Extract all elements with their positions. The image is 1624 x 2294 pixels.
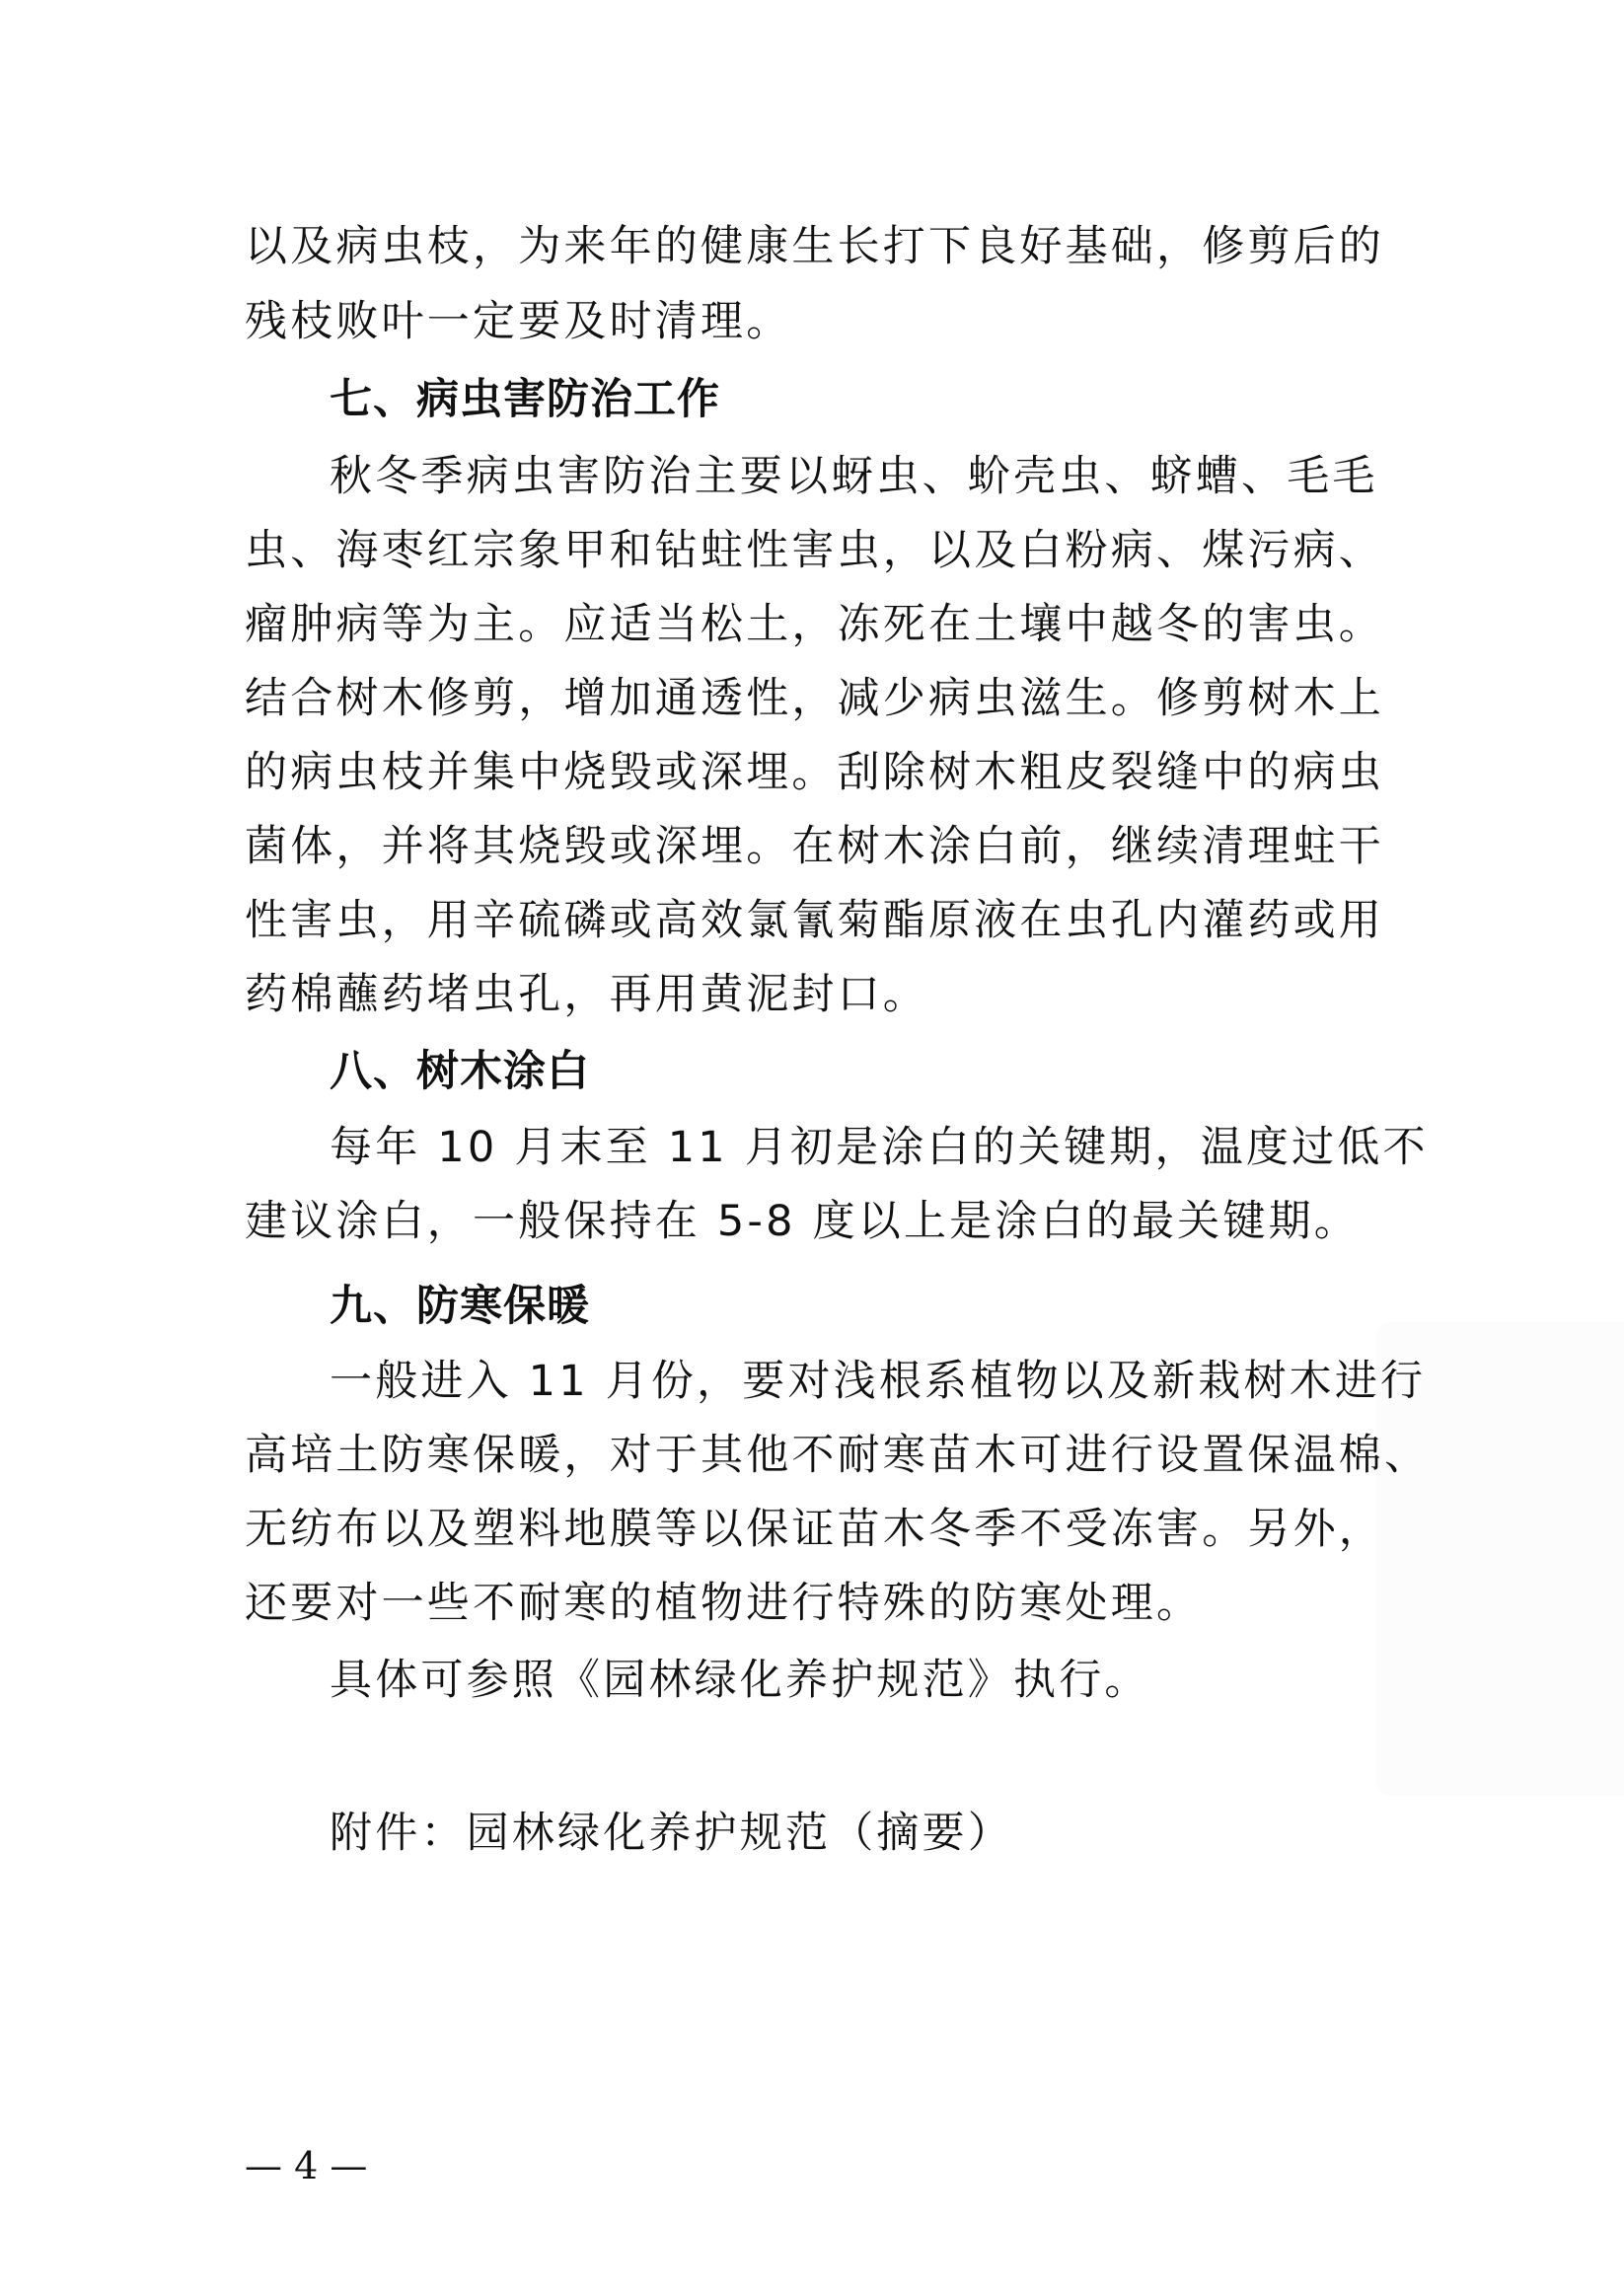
pest-control-line-2: 虫、海枣红宗象甲和钻蛀性害虫，以及白粉病、煤污病、 xyxy=(245,523,1384,578)
intro-line-1: 以及病虫枝，为来年的健康生长打下良好基础，修剪后的 xyxy=(245,219,1384,274)
section-heading-pest-control: 七、病虫害防治工作 xyxy=(330,372,720,427)
cold-protection-line-3: 无纺布以及塑料地膜等以保证苗木冬季不受冻害。另外， xyxy=(245,1502,1384,1557)
pest-control-line-1: 秋冬季病虫害防治主要以蚜虫、蚧壳虫、蛴螬、毛毛 xyxy=(330,449,1378,504)
pest-control-line-8: 药棉蘸药堵虫孔，再用黄泥封口。 xyxy=(245,967,928,1022)
document-page: 以及病虫枝，为来年的健康生长打下良好基础，修剪后的 残枝败叶一定要及时清理。 七… xyxy=(0,0,1624,2294)
section-heading-whitewashing: 八、树木涂白 xyxy=(330,1044,590,1099)
whitewashing-line-2: 建议涂白，一般保持在 5-8 度以上是涂白的最关键期。 xyxy=(245,1194,1360,1249)
whitewashing-line-1: 每年 10 月末至 11 月初是涂白的关键期，温度过低不 xyxy=(330,1120,1429,1175)
cold-protection-line-4: 还要对一些不耐寒的植物进行特殊的防寒处理。 xyxy=(245,1576,1202,1631)
section-heading-cold-protection: 九、防寒保暖 xyxy=(330,1279,590,1334)
cold-protection-line-2: 高培土防寒保暖，对于其他不耐寒苗木可进行设置保温棉、 xyxy=(245,1428,1430,1483)
pest-control-line-6: 菌体，并将其烧毁或深埋。在树木涂白前，继续清理蛀干 xyxy=(245,819,1384,874)
pest-control-line-7: 性害虫，用辛硫磷或高效氯氰菊酯原液在虫孔内灌药或用 xyxy=(245,893,1384,948)
page-number: — 4 — xyxy=(245,2143,367,2188)
pest-control-line-4: 结合树木修剪，增加通透性，减少病虫滋生。修剪树木上 xyxy=(245,671,1384,726)
pest-control-line-3: 瘤肿病等为主。应适当松土，冻死在土壤中越冬的害虫。 xyxy=(245,597,1384,652)
cold-protection-line-1: 一般进入 11 月份，要对浅根系植物以及新栽树木进行 xyxy=(330,1354,1426,1409)
reference-line: 具体可参照《园林绿化养护规范》执行。 xyxy=(330,1653,1150,1708)
intro-line-2: 残枝败叶一定要及时清理。 xyxy=(245,294,791,349)
attachment-line: 附件：园林绿化养护规范（摘要） xyxy=(330,1806,1013,1861)
pest-control-line-5: 的病虫枝并集中烧毁或深埋。刮除树木粗皮裂缝中的病虫 xyxy=(245,745,1384,800)
